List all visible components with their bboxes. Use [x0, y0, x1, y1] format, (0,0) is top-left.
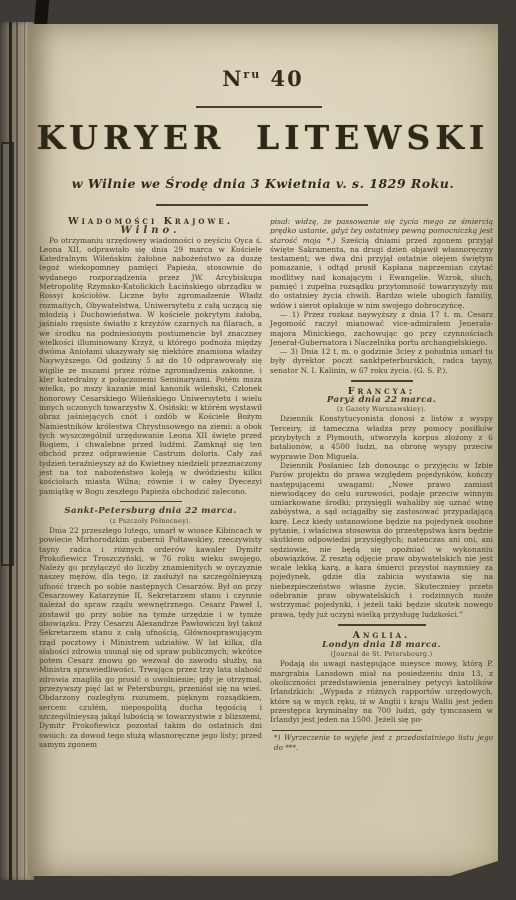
article-wilno: Po otrzymaniu urzędowey wiadomości o zey…	[39, 236, 262, 496]
rule-under-issue-number	[196, 106, 322, 108]
source-petersburg: (z Pszczoły Północney).	[39, 517, 262, 526]
article-continuation-text: Sześcią dniami przed zgonem przyjął świę…	[270, 236, 493, 310]
section-separator	[120, 501, 182, 503]
news-item-1: — 1) Przez rozkaz naywyższy z dnia 17 t.…	[270, 310, 493, 347]
binding-line	[9, 22, 12, 880]
article-paris-2: Dziennik Posłaniec Izb donosząc o przyję…	[270, 461, 493, 619]
facing-page-edge	[1, 142, 14, 566]
article-paris-1: Dziennik Konstytucyonista donosi z listó…	[270, 414, 493, 460]
header-london: Londyn dnia 18 marca.	[270, 641, 493, 650]
right-column: pisał: widzę, że passowanie się życia me…	[270, 217, 493, 752]
header-paris: Paryż dnia 22 marca.	[270, 396, 493, 405]
footnote-rule	[272, 730, 422, 731]
section-separator	[351, 380, 413, 382]
footnote: *) Wyrzeczenie to wyjęte jest z przedost…	[270, 733, 493, 752]
section-separator	[338, 624, 426, 627]
source-paris: (z Gazety Warszawskiey).	[270, 405, 493, 414]
article-london: Podają do uwagi następujące mieysce mowy…	[270, 659, 493, 724]
rule-under-dateline	[156, 204, 368, 206]
header-petersburg: Sankt-Petersburg dnia 22 marca.	[39, 507, 262, 516]
page-edge-line	[16, 22, 18, 880]
article-petersburg: Dnia 22 przeszłego lutego, umarł w wiosc…	[39, 526, 262, 749]
source-london: (Journal de St. Petersbourg.)	[270, 650, 493, 659]
left-column: Wiadomości Krajowe. Wilno. Po otrzymaniu…	[39, 217, 262, 749]
subheader-wilno: Wilno.	[39, 226, 262, 235]
newspaper-page: Nru 40 KURYER LITEWSKI w Wilnie we Środę…	[28, 24, 498, 876]
masthead-title: KURYER LITEWSKI	[28, 118, 498, 157]
issue-number: Nru 40	[28, 66, 498, 91]
page-edge-line	[24, 22, 25, 880]
article-petersburg-continued: pisał: widzę, że passowanie się życia me…	[270, 217, 493, 310]
news-item-3: — 3) Dnia 12 t. m. o godzinie 3ciey z po…	[270, 347, 493, 375]
dateline: w Wilnie we Środę dnia 3 Kwietnia v. s. …	[28, 176, 498, 191]
